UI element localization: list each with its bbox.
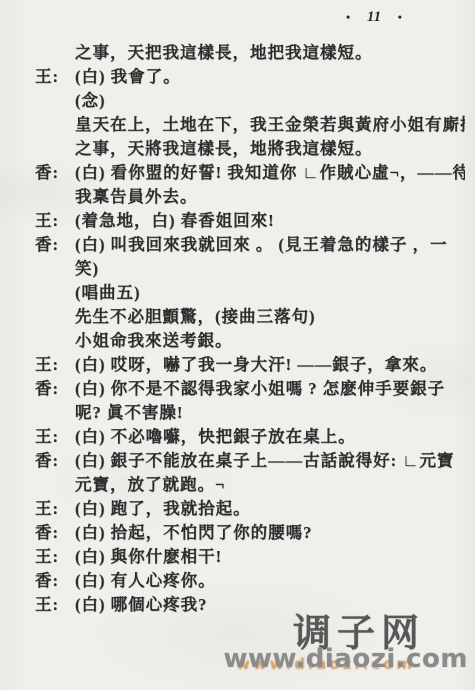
speaker-label: [35, 185, 75, 209]
line-text: 之事，天將我這樣長，地將我這樣短。: [75, 137, 465, 161]
line-text: 先生不必胆顫驚，(接曲三落句): [75, 305, 465, 329]
speaker-label: [35, 281, 75, 305]
scanned-page: • 11 • 之事，天把我這樣長，地把我這樣短。 王: (白) 我會了。 (念)…: [0, 0, 475, 690]
script-line: 之事，天將我這樣長，地將我這樣短。: [35, 137, 465, 161]
script-line: (念): [35, 89, 465, 113]
line-text: (白) 拾起，不怕閃了你的腰嗎?: [75, 521, 465, 545]
speaker-label: 王:: [35, 209, 75, 233]
speaker-label: 香:: [35, 449, 75, 473]
line-text: (着急地，白) 春香姐回來!: [75, 209, 465, 233]
speaker-label: 王:: [35, 65, 75, 89]
speaker-label: 香:: [35, 161, 75, 185]
script-line: 香: (白) 拾起，不怕閃了你的腰嗎?: [35, 521, 465, 545]
script-line: 王: (白) 不必嚕囌，快把銀子放在桌上。: [35, 425, 465, 449]
speaker-label: 香:: [35, 569, 75, 593]
line-text: (白) 哎呀，嚇了我一身大汗! ——銀子，拿來。: [75, 353, 465, 377]
speaker-label: 王:: [35, 497, 75, 521]
line-text: 皇天在上，土地在下，我王金榮若與黃府小姐有廝撥: [75, 113, 465, 137]
speaker-label: [35, 113, 75, 137]
speaker-label: [35, 41, 75, 65]
line-text: (白) 你不是不認得我家小姐嗎 ? 怎麽伸手要銀子: [75, 377, 465, 401]
line-text: 小姐命我來送考銀。: [75, 329, 465, 353]
line-text: (白) 我會了。: [75, 65, 465, 89]
script-line: 香: (白) 你不是不認得我家小姐嗎 ? 怎麽伸手要銀子: [35, 377, 465, 401]
script-line: 王: (白) 哪個心疼我?: [35, 593, 465, 617]
line-text: 笑): [75, 257, 465, 281]
line-text: 我稟告員外去。: [75, 185, 465, 209]
script-line: 王: (白) 哎呀，嚇了我一身大汗! ——銀子，拿來。: [35, 353, 465, 377]
script-line: 皇天在上，土地在下，我王金榮若與黃府小姐有廝撥: [35, 113, 465, 137]
script-line: 小姐命我來送考銀。: [35, 329, 465, 353]
line-text: (白) 不必嚕囌，快把銀子放在桌上。: [75, 425, 465, 449]
watermark-site-url: www.diaozi.com: [224, 644, 469, 674]
script-line: 香: (白) 有人心疼你。: [35, 569, 465, 593]
speaker-label: [35, 401, 75, 425]
page-number-dot-left: •: [346, 10, 350, 25]
script-line: 我稟告員外去。: [35, 185, 465, 209]
line-text: (白) 看你盟的好誓! 我知道你 ∟作賊心虛¬，——待: [75, 161, 465, 185]
page-number-value: 11: [367, 9, 381, 26]
script-line: 王: (白) 跑了，我就拾起。: [35, 497, 465, 521]
speaker-label: 王:: [35, 545, 75, 569]
script-line: 香: (白) 看你盟的好誓! 我知道你 ∟作賊心虛¬，——待: [35, 161, 465, 185]
page-number-dot-right: •: [398, 10, 402, 25]
line-text: 之事，天把我這樣長，地把我這樣短。: [75, 41, 465, 65]
script-line: 王: (白) 我會了。: [35, 65, 465, 89]
speaker-label: [35, 305, 75, 329]
script-line: (唱曲五): [35, 281, 465, 305]
script-line: 笑): [35, 257, 465, 281]
speaker-label: 王:: [35, 425, 75, 449]
script-line: 王: (着急地，白) 春香姐回來!: [35, 209, 465, 233]
speaker-label: 王:: [35, 353, 75, 377]
speaker-label: 香:: [35, 521, 75, 545]
line-text: (白) 有人心疼你。: [75, 569, 465, 593]
speaker-label: [35, 257, 75, 281]
speaker-label: [35, 89, 75, 113]
script-line: 之事，天把我這樣長，地把我這樣短。: [35, 41, 465, 65]
script-line: 元寶，放了就跑。¬: [35, 473, 465, 497]
line-text: 呢? 眞不害臊!: [75, 401, 465, 425]
line-text: (念): [75, 89, 465, 113]
speaker-label: 香:: [35, 377, 75, 401]
line-text: (白) 與你什麽相干!: [75, 545, 465, 569]
script-line: 香: (白) 銀子不能放在桌子上——古話說得好: ∟元寶: [35, 449, 465, 473]
script-body: 之事，天把我這樣長，地把我這樣短。 王: (白) 我會了。 (念) 皇天在上，土…: [35, 41, 465, 617]
speaker-label: 王:: [35, 593, 75, 617]
script-line: 呢? 眞不害臊!: [35, 401, 465, 425]
line-text: 元寶，放了就跑。¬: [75, 473, 465, 497]
speaker-label: [35, 137, 75, 161]
line-text: (唱曲五): [75, 281, 465, 305]
script-line: 香: (白) 叫我回來我就回來 。 (見王着急的樣子 ，一: [35, 233, 465, 257]
line-text: (白) 銀子不能放在桌子上——古話說得好: ∟元寶: [75, 449, 465, 473]
speaker-label: [35, 473, 75, 497]
watermark-url-echo: www.diaozi.com: [236, 655, 415, 673]
line-text: (白) 跑了，我就拾起。: [75, 497, 465, 521]
speaker-label: [35, 329, 75, 353]
line-text: (白) 叫我回來我就回來 。 (見王着急的樣子 ，一: [75, 233, 465, 257]
script-line: 王: (白) 與你什麽相干!: [35, 545, 465, 569]
speaker-label: 香:: [35, 233, 75, 257]
script-line: 先生不必胆顫驚，(接曲三落句): [35, 305, 465, 329]
page-number: • 11 •: [346, 9, 402, 26]
line-text: (白) 哪個心疼我?: [75, 593, 465, 617]
